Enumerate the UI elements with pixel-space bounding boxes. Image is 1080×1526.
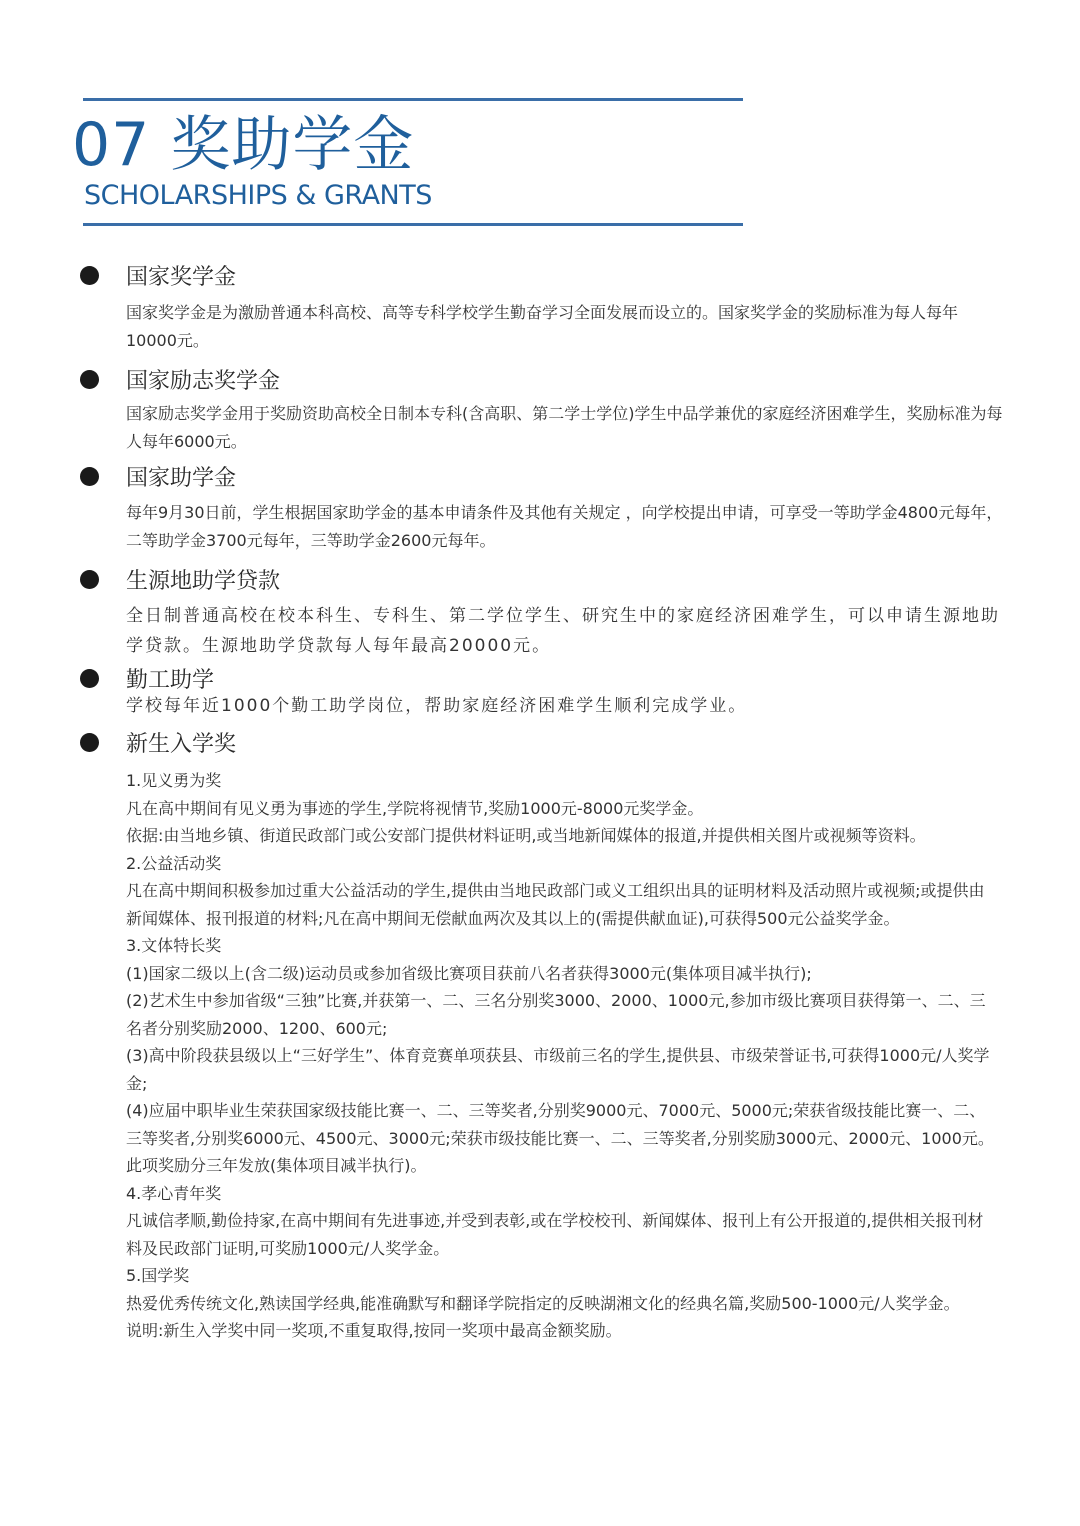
award-title-filial-youth: 4.孝心青年奖 xyxy=(126,1180,996,1208)
bullet-icon xyxy=(80,669,99,688)
section-body-national-scholarship: 国家奖学金是为激励普通本科高校、高等专科学校学生勤奋学习全面发展而设立的。国家奖… xyxy=(126,299,1006,355)
award-text: (4)应届中职毕业生荣获国家级技能比赛一、二、三等奖者,分别奖9000元、700… xyxy=(126,1097,996,1152)
header-top-rule xyxy=(83,98,743,101)
award-text: (3)高中阶段获县级以上“三好学生”、体育竞赛单项获县、市级前三名的学生,提供县… xyxy=(126,1042,996,1097)
page-subtitle: SCHOLARSHIPS & GRANTS xyxy=(84,180,432,211)
page-title: 07 奖助学金 xyxy=(72,108,414,182)
section-body-work-study: 学校每年近1000个勤工助学岗位，帮助家庭经济困难学生顺利完成学业。 xyxy=(126,691,1006,721)
award-title-arts-sports: 3.文体特长奖 xyxy=(126,932,996,960)
award-text: (1)国家二级以上(含二级)运动员或参加省级比赛项目获前八名者获得3000元(集… xyxy=(126,960,996,988)
bullet-icon xyxy=(80,733,99,752)
award-text: 凡诚信孝顺,勤俭持家,在高中期间有先进事迹,并受到表彰,或在学校校刊、新闻媒体、… xyxy=(126,1207,996,1262)
header-bottom-rule xyxy=(83,223,743,226)
section-heading-student-loan: 生源地助学贷款 xyxy=(126,564,280,595)
award-text: 热爱优秀传统文化,熟读国学经典,能准确默写和翻译学院指定的反映湖湘文化的经典名篇… xyxy=(126,1290,996,1318)
award-text: 依据:由当地乡镇、街道民政部门或公安部门提供材料证明,或当地新闻媒体的报道,并提… xyxy=(126,822,996,850)
section-heading-national-scholarship: 国家奖学金 xyxy=(126,260,236,291)
section-body-national-grant: 每年9月30日前，学生根据国家助学金的基本申请条件及其他有关规定 ，向学校提出申… xyxy=(126,499,1006,555)
bullet-icon xyxy=(80,266,99,285)
bullet-icon xyxy=(80,570,99,589)
award-text: 此项奖励分三年发放(集体项目减半执行)。 xyxy=(126,1152,996,1180)
award-text: (2)艺术生中参加省级“三独”比赛,并获第一、二、三名分别奖3000、2000、… xyxy=(126,987,996,1042)
award-text: 凡在高中期间有见义勇为事迹的学生,学院将视情节,奖励1000元-8000元奖学金… xyxy=(126,795,996,823)
bullet-icon xyxy=(80,370,99,389)
award-title-public-welfare: 2.公益活动奖 xyxy=(126,850,996,878)
freshman-award-details: 1.见义勇为奖 凡在高中期间有见义勇为事迹的学生,学院将视情节,奖励1000元-… xyxy=(126,767,996,1345)
section-heading-freshman-award: 新生入学奖 xyxy=(126,727,236,758)
award-text: 凡在高中期间积极参加过重大公益活动的学生,提供由当地民政部门或义工组织出具的证明… xyxy=(126,877,996,932)
bullet-icon xyxy=(80,467,99,486)
section-heading-national-grant: 国家助学金 xyxy=(126,461,236,492)
section-heading-work-study: 勤工助学 xyxy=(126,663,214,694)
award-title-bravery: 1.见义勇为奖 xyxy=(126,767,996,795)
award-note: 说明:新生入学奖中同一奖项,不重复取得,按同一奖项中最高金额奖励。 xyxy=(126,1317,996,1345)
section-body-inspirational-scholarship: 国家励志奖学金用于奖励资助高校全日制本专科(含高职、第二学士学位)学生中品学兼优… xyxy=(126,400,1006,456)
section-body-student-loan: 全日制普通高校在校本科生、专科生、第二学位学生、研究生中的家庭经济困难学生，可以… xyxy=(126,601,1006,661)
award-title-sinology: 5.国学奖 xyxy=(126,1262,996,1290)
section-heading-inspirational-scholarship: 国家励志奖学金 xyxy=(126,364,280,395)
